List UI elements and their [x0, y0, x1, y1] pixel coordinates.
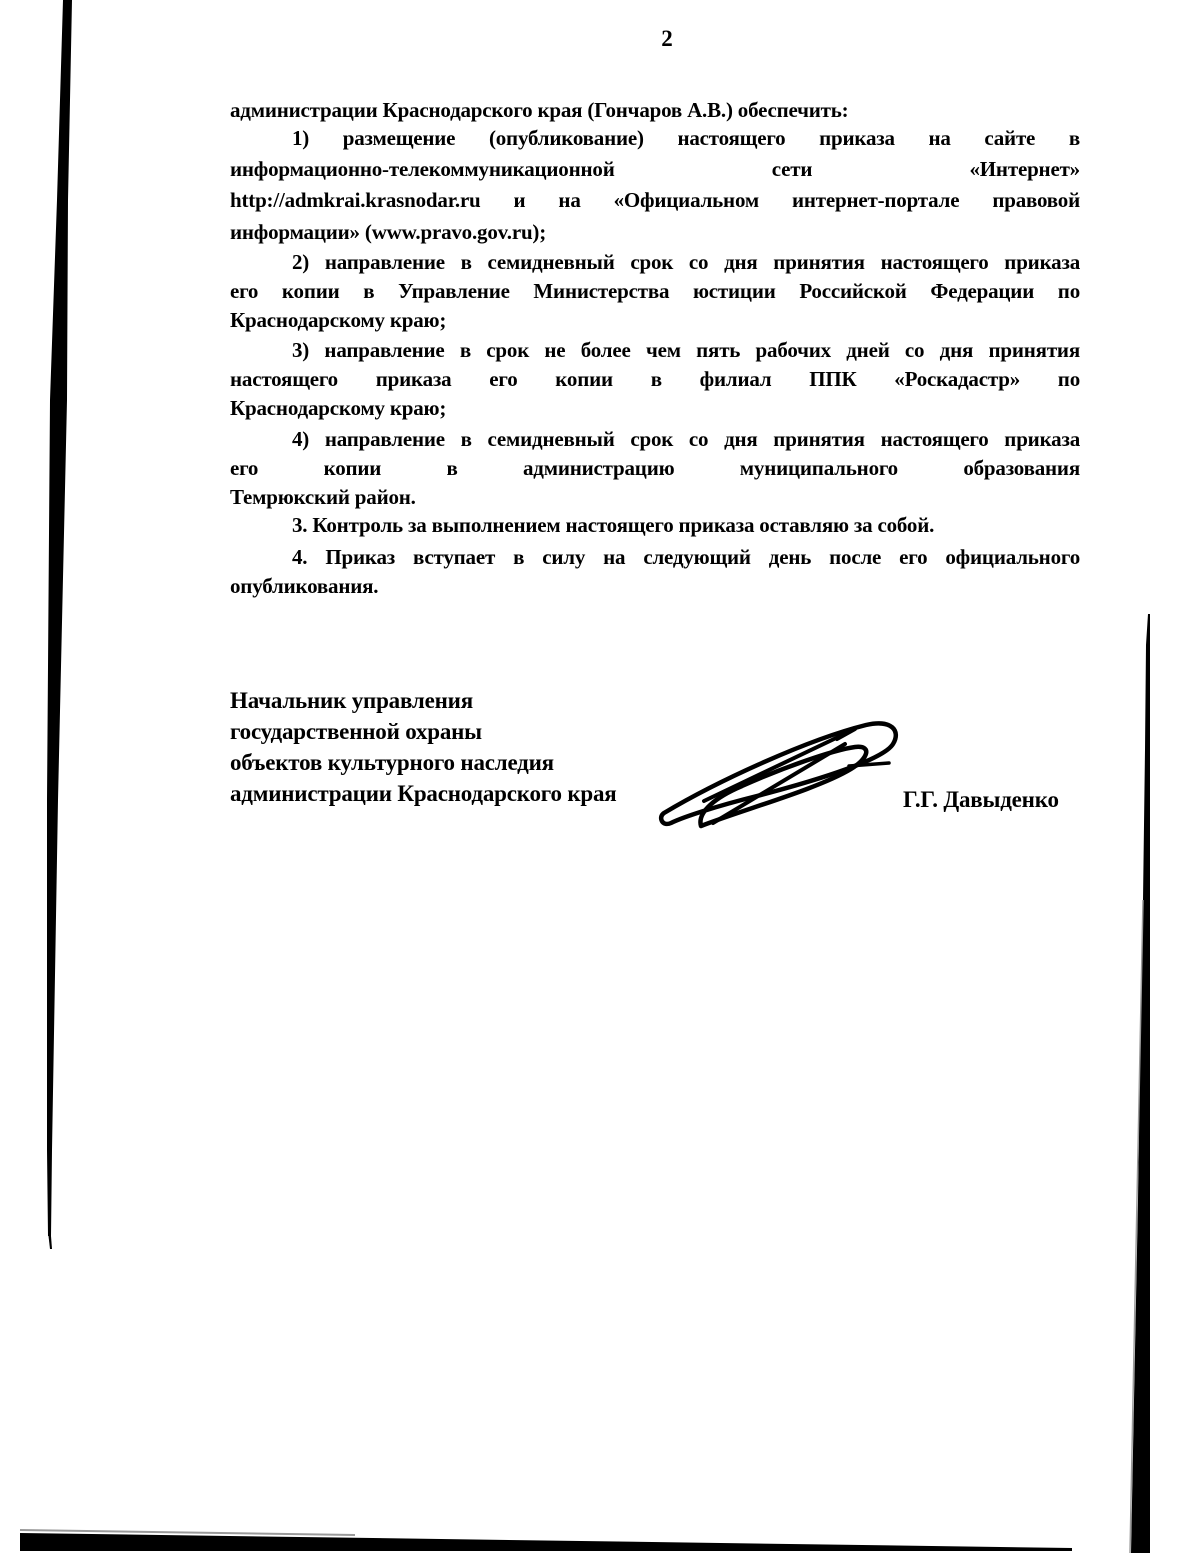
body-line: Темрюкский район. — [230, 482, 1080, 513]
scan-artifact-bottom-fringe — [20, 1530, 355, 1535]
body-line: http://admkrai.krasnodar.ru и на «Официа… — [230, 185, 1080, 216]
signature-title-line: объектов культурного наследия — [230, 747, 790, 778]
body-line: 2) направление в семидневный срок со дня… — [230, 247, 1080, 278]
body-line: 4. Приказ вступает в силу на следующий д… — [230, 542, 1080, 573]
signatory-name: Г.Г. Давыденко — [903, 784, 1059, 815]
body-line: информационно-телекоммуникационной сети … — [230, 154, 1080, 185]
scan-artifact-left-band-tail — [49, 1236, 53, 1249]
body-line: его копии в Управление Министерства юсти… — [230, 276, 1080, 307]
signature-title-line: Начальник управления — [230, 685, 790, 716]
body-line: 3. Контроль за выполнением настоящего пр… — [230, 510, 1080, 541]
body-line: администрации Краснодарского края (Гонча… — [230, 95, 1080, 126]
scan-artifact-right-band-fringe — [1130, 900, 1143, 1553]
scanned-document-page: 2 администрации Краснодарского края (Гон… — [0, 0, 1200, 1553]
page-number: 2 — [230, 24, 1104, 54]
body-line: 4) направление в семидневный срок со дня… — [230, 424, 1080, 455]
body-line: информации» (www.pravo.gov.ru); — [230, 217, 1080, 248]
body-line: Краснодарскому краю; — [230, 305, 1080, 336]
body-line: настоящего приказа его копии в филиал ПП… — [230, 364, 1080, 395]
signature-title-line: администрации Краснодарского края — [230, 778, 790, 809]
body-line: 1) размещение (опубликование) настоящего… — [230, 123, 1080, 154]
scan-artifact-left-band — [47, 0, 72, 1236]
signature-title-line: государственной охраны — [230, 716, 790, 747]
scan-artifact-bottom-band — [20, 1533, 1072, 1551]
body-line: 3) направление в срок не более чем пять … — [230, 335, 1080, 366]
body-line: его копии в администрацию муниципального… — [230, 453, 1080, 484]
body-line: Краснодарскому краю; — [230, 393, 1080, 424]
scan-artifact-right-band — [1131, 614, 1150, 1553]
body-line: опубликования. — [230, 571, 1080, 602]
